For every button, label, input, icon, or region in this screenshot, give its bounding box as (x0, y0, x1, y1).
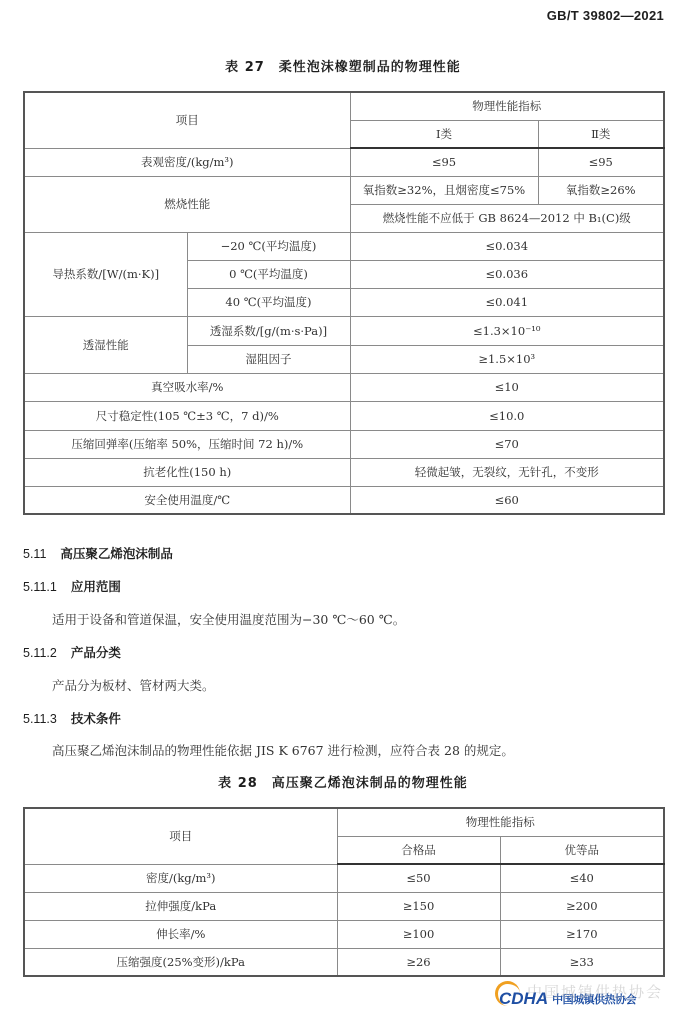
paragraph-product-classification: 产品分为板材、管材两大类。 (52, 676, 215, 694)
header-item: 项目 (24, 92, 350, 148)
table-row: 燃烧性能 氧指数≥32%，且烟密度≤75% 氧指数≥26% (24, 176, 664, 204)
row-label: 压缩强度(25%变形)/kPa (24, 948, 337, 976)
watermark: 中国城镇供热协会 CDHA 中国城镇供热协会 (497, 985, 677, 1013)
cell-value: 氧指数≥26% (538, 176, 664, 204)
sub-label: −20 ℃(平均温度) (187, 232, 350, 260)
row-label: 压缩回弹率(压缩率 50%，压缩时间 72 h)/% (24, 430, 350, 458)
paragraph-application-scope: 适用于设备和管道保温，安全使用温度范围为−30 ℃～60 ℃。 (52, 610, 405, 628)
table-row: 压缩强度(25%变形)/kPa ≥26 ≥33 (24, 948, 664, 976)
cell-value: ≤50 (337, 864, 500, 892)
row-label: 真空吸水率/% (24, 373, 350, 401)
cell-value: ≤1.3×10⁻¹⁰ (350, 316, 664, 345)
row-label: 透湿性能 (24, 316, 187, 373)
cell-value: ≤95 (350, 148, 538, 176)
cdha-logo-icon: CDHA (497, 989, 548, 1009)
table-row: 压缩回弹率(压缩率 50%，压缩时间 72 h)/% ≤70 (24, 430, 664, 458)
cell-value: ≥26 (337, 948, 500, 976)
cell-value: ≤0.041 (350, 288, 664, 316)
paragraph-technical-conditions: 高压聚乙烯泡沫制品的物理性能依据 JIS K 6767 进行检测，应符合表 28… (52, 741, 514, 759)
cell-value: ≤60 (350, 486, 664, 514)
row-label: 安全使用温度/℃ (24, 486, 350, 514)
table-row: 真空吸水率/% ≤10 (24, 373, 664, 401)
table-row: 安全使用温度/℃ ≤60 (24, 486, 664, 514)
cell-value: 轻微起皱，无裂纹，无针孔，不变形 (350, 458, 664, 486)
cell-value: ≤40 (500, 864, 664, 892)
cell-value: ≤10 (350, 373, 664, 401)
header-grade-superior: 优等品 (500, 836, 664, 864)
table-28-caption: 表 28高压聚乙烯泡沫制品的物理性能 (0, 772, 686, 791)
table-row: 抗老化性(150 h) 轻微起皱，无裂纹，无针孔，不变形 (24, 458, 664, 486)
table-row: 伸长率/% ≥100 ≥170 (24, 920, 664, 948)
cell-value: ≥200 (500, 892, 664, 920)
table-row: 透湿性能 透湿系数/[g/(m·s·Pa)] ≤1.3×10⁻¹⁰ (24, 316, 664, 345)
row-label: 抗老化性(150 h) (24, 458, 350, 486)
header-class-1: Ⅰ类 (350, 120, 538, 148)
row-label: 拉伸强度/kPa (24, 892, 337, 920)
row-label: 燃烧性能 (24, 176, 350, 232)
row-label: 尺寸稳定性(105 ℃±3 ℃，7 d)/% (24, 401, 350, 430)
table-row: 拉伸强度/kPa ≥150 ≥200 (24, 892, 664, 920)
table-row: 表观密度/(kg/m³) ≤95 ≤95 (24, 148, 664, 176)
row-label: 密度/(kg/m³) (24, 864, 337, 892)
cell-value: ≥100 (337, 920, 500, 948)
table-27-caption: 表 27柔性泡沫橡塑制品的物理性能 (0, 56, 686, 75)
header-grade-qualified: 合格品 (337, 836, 500, 864)
section-heading-5-11-1: 5.11.1应用范围 (23, 577, 121, 595)
header-indicator: 物理性能指标 (350, 92, 664, 120)
row-label: 伸长率/% (24, 920, 337, 948)
signal-arc-icon (495, 981, 520, 1006)
row-label: 导热系数/[W/(m·K)] (24, 232, 187, 316)
table-28-number: 表 28 (218, 776, 258, 791)
cell-value: ≤0.034 (350, 232, 664, 260)
sub-label: 透湿系数/[g/(m·s·Pa)] (187, 316, 350, 345)
standard-code: GB/T 39802—2021 (547, 8, 664, 23)
cell-value: ≤0.036 (350, 260, 664, 288)
table-27-title: 柔性泡沫橡塑制品的物理性能 (279, 60, 461, 75)
header-class-2: Ⅱ类 (538, 120, 664, 148)
cell-value: ≤70 (350, 430, 664, 458)
table-28: 项目 物理性能指标 合格品 优等品 密度/(kg/m³) ≤50 ≤40 拉伸强… (23, 807, 665, 977)
section-heading-5-11-2: 5.11.2产品分类 (23, 643, 121, 661)
section-heading-5-11: 5.11高压聚乙烯泡沫制品 (23, 544, 173, 562)
cell-value: ≤10.0 (350, 401, 664, 430)
sub-label: 40 ℃(平均温度) (187, 288, 350, 316)
table-row: 尺寸稳定性(105 ℃±3 ℃，7 d)/% ≤10.0 (24, 401, 664, 430)
section-heading-5-11-3: 5.11.3技术条件 (23, 709, 121, 727)
table-27-number: 表 27 (225, 60, 265, 75)
cell-value: ≥1.5×10³ (350, 345, 664, 373)
cell-value: ≥170 (500, 920, 664, 948)
table-28-title: 高压聚乙烯泡沫制品的物理性能 (272, 776, 468, 791)
cell-value: ≥33 (500, 948, 664, 976)
cell-value: ≥150 (337, 892, 500, 920)
cell-value: 燃烧性能不应低于 GB 8624—2012 中 B₁(C)级 (350, 204, 664, 232)
header-item: 项目 (24, 808, 337, 864)
header-indicator: 物理性能指标 (337, 808, 664, 836)
table-27: 项目 物理性能指标 Ⅰ类 Ⅱ类 表观密度/(kg/m³) ≤95 ≤95 燃烧性… (23, 91, 665, 515)
cell-value: ≤95 (538, 148, 664, 176)
table-row: 密度/(kg/m³) ≤50 ≤40 (24, 864, 664, 892)
sub-label: 0 ℃(平均温度) (187, 260, 350, 288)
cell-value: 氧指数≥32%，且烟密度≤75% (350, 176, 538, 204)
sub-label: 湿阻因子 (187, 345, 350, 373)
table-row: 导热系数/[W/(m·K)] −20 ℃(平均温度) ≤0.034 (24, 232, 664, 260)
row-label: 表观密度/(kg/m³) (24, 148, 350, 176)
